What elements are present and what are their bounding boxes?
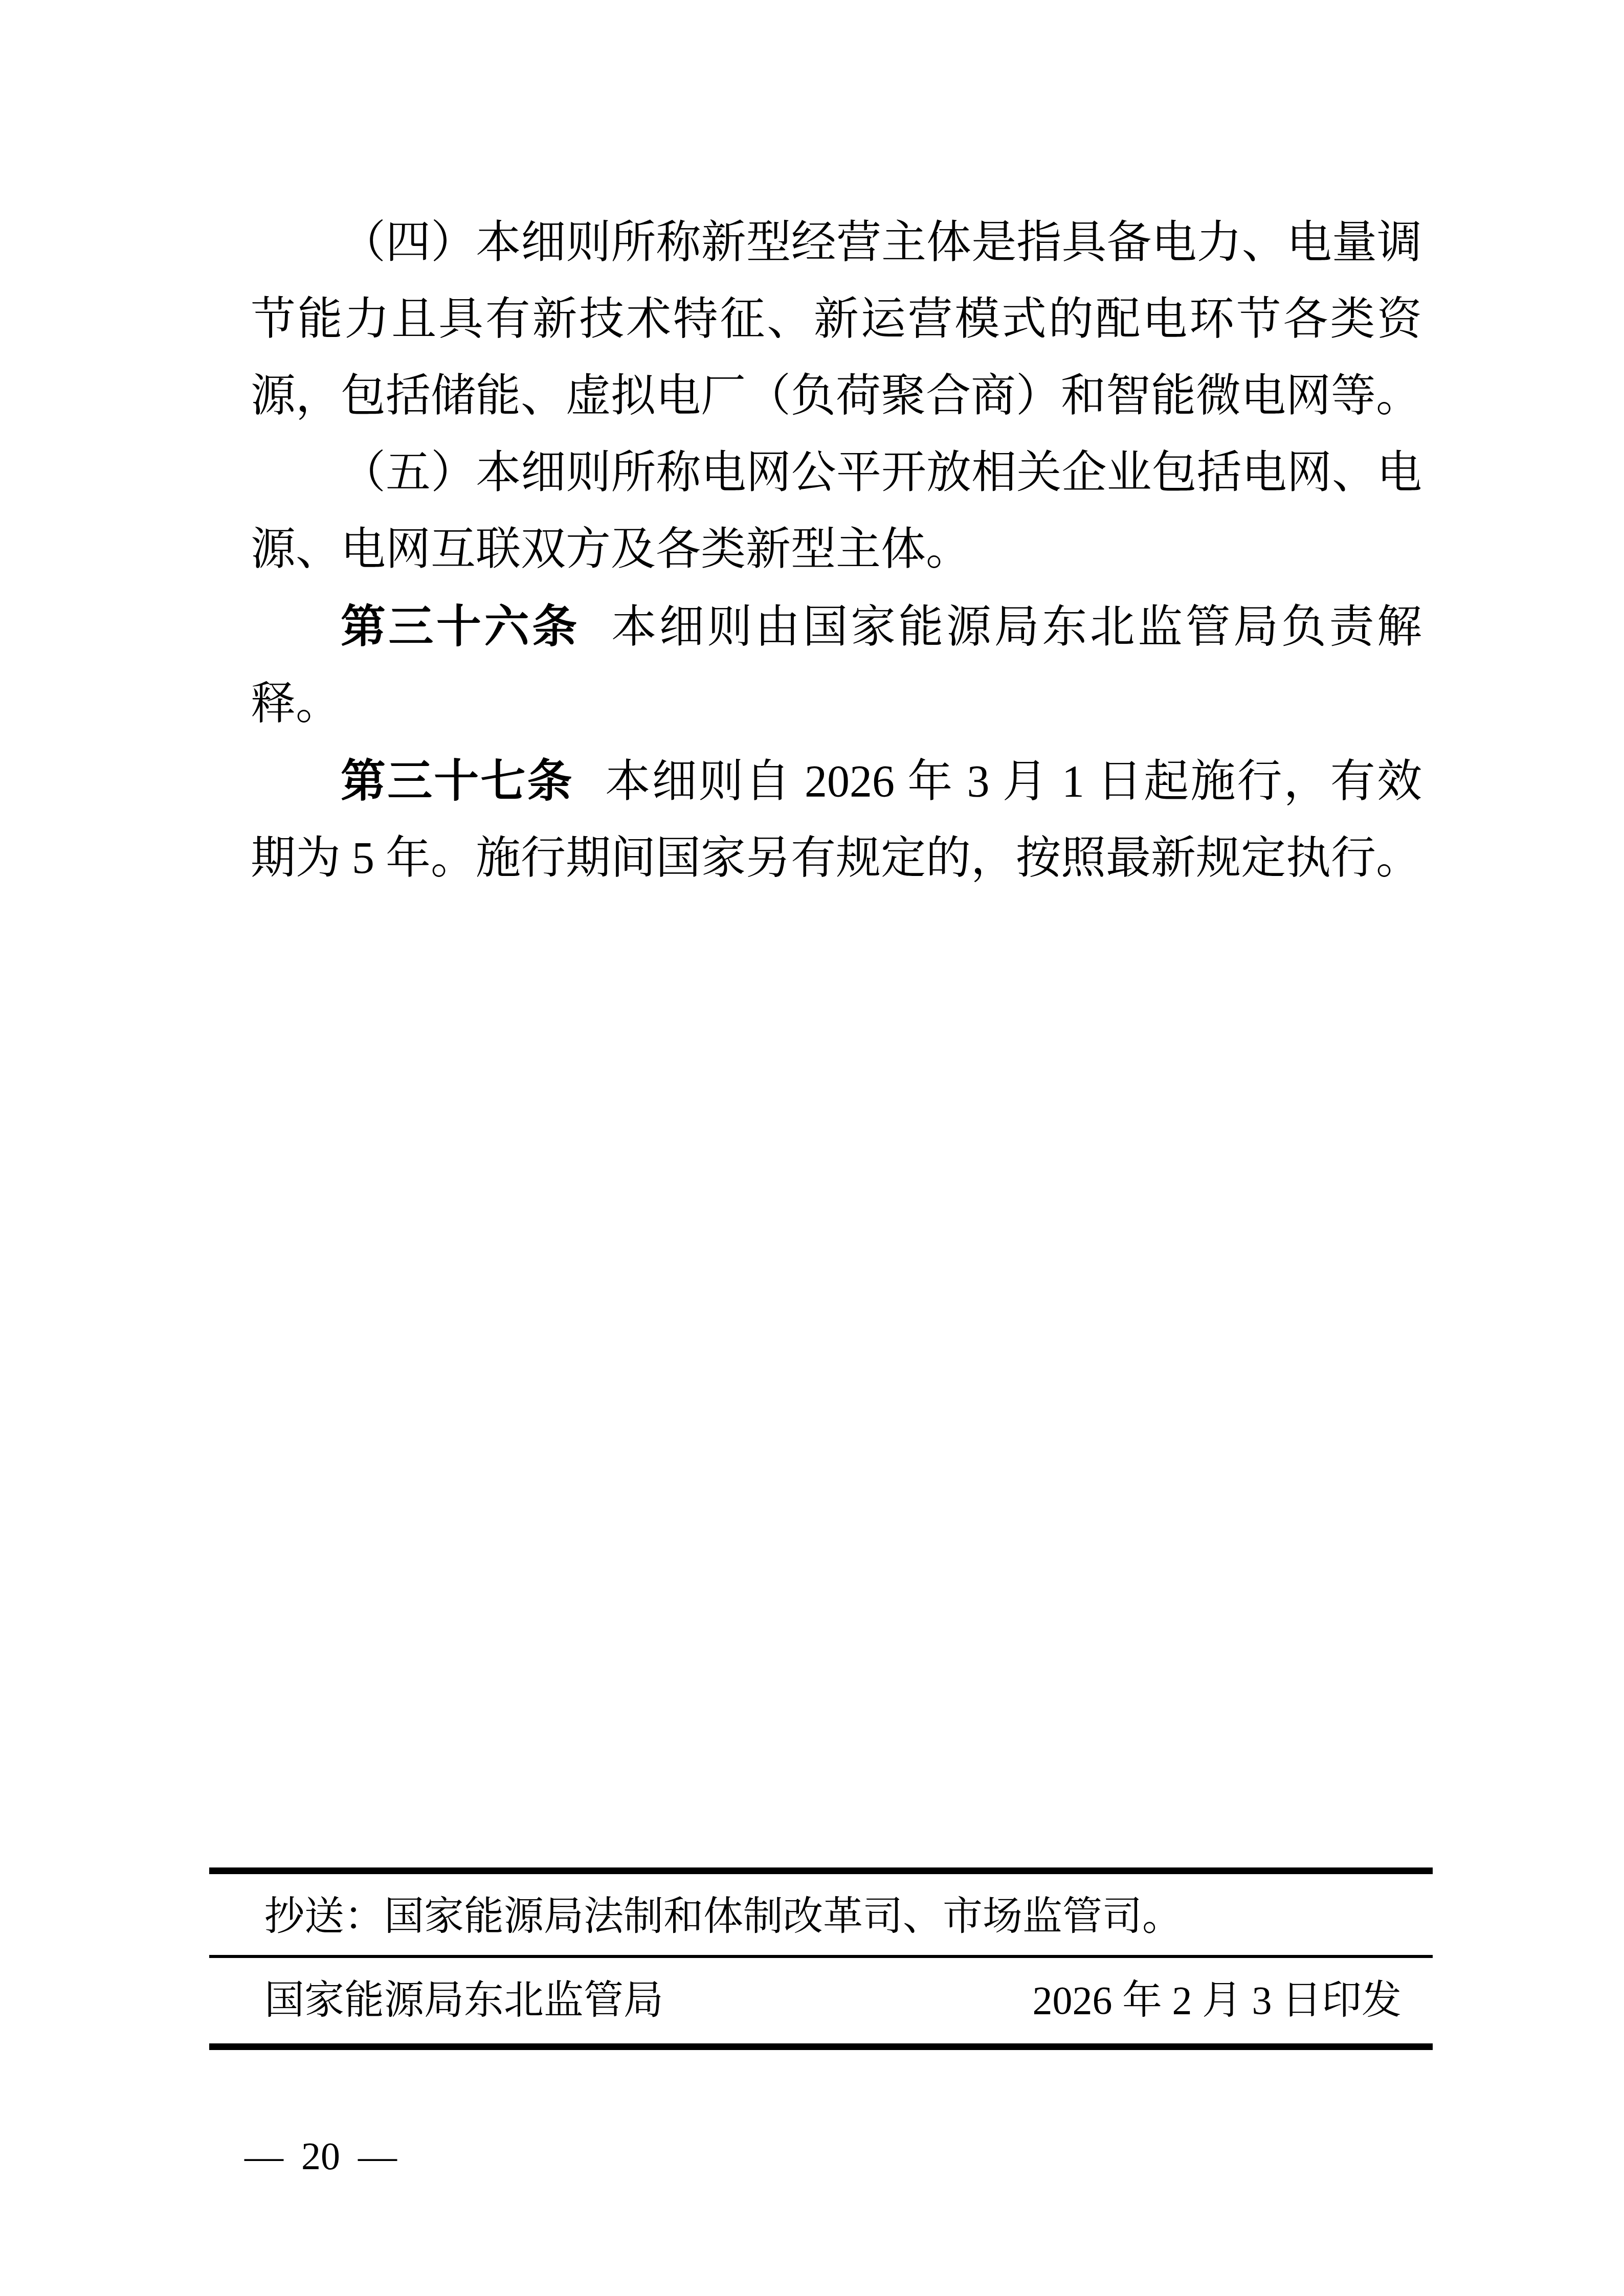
paragraph-clause-5: （五）本细则所称电网公平开放相关企业包括电网、电源、电网互联双方及各类新型主体。 (251, 435, 1422, 588)
article-number-37: 第三十七条 (341, 755, 574, 806)
paragraph-article-36: 第三十六条本细则由国家能源局东北监管局负责解释。 (251, 588, 1422, 742)
document-body: （四）本细则所称新型经营主体是指具备电力、电量调节能力且具有新技术特征、新运营模… (251, 205, 1422, 897)
footer-rule-top (209, 1867, 1433, 1874)
footer-rule-middle (209, 1955, 1433, 1958)
paragraph-text: （五）本细则所称电网公平开放相关企业包括电网、电源、电网互联双方及各类新型主体。 (251, 448, 1422, 574)
article-number-36: 第三十六条 (341, 601, 580, 651)
footer-cc-line: 抄送：国家能源局法制和体制改革司、市场监管司。 (264, 1891, 1401, 1942)
page-number: — 20 — (244, 2133, 397, 2179)
footer-rule-bottom (209, 2043, 1433, 2050)
footer-issue-date: 2026 年 2 月 3 日印发 (1032, 1975, 1401, 2026)
paragraph-text: （四）本细则所称新型经营主体是指具备电力、电量调节能力且具有新技术特征、新运营模… (251, 218, 1422, 421)
footer-issuer-row: 国家能源局东北监管局 2026 年 2 月 3 日印发 (264, 1975, 1401, 2026)
paragraph-clause-4: （四）本细则所称新型经营主体是指具备电力、电量调节能力且具有新技术特征、新运营模… (251, 205, 1422, 435)
paragraph-article-37: 第三十七条本细则自 2026 年 3 月 1 日起施行，有效期为 5 年。施行期… (251, 742, 1422, 897)
footer-issuer: 国家能源局东北监管局 (264, 1975, 663, 2026)
document-page: （四）本细则所称新型经营主体是指具备电力、电量调节能力且具有新技术特征、新运营模… (0, 0, 1624, 2296)
